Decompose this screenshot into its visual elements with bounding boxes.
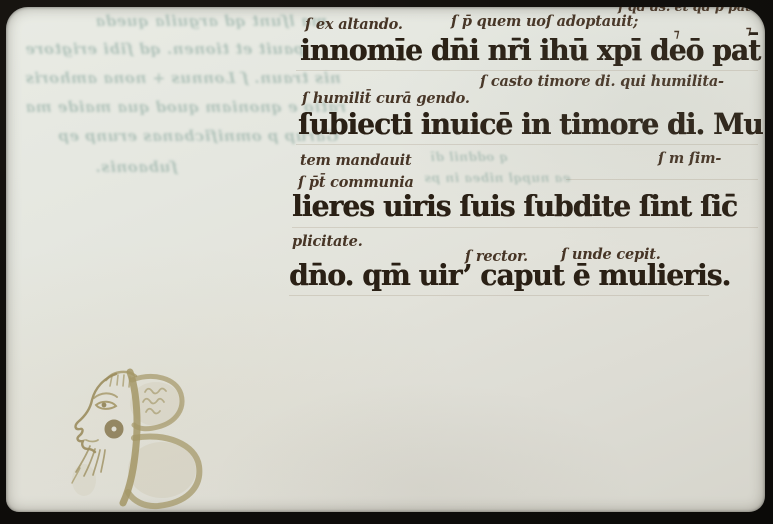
main-text-line-1: innomīe dn̄i nr̄i ihū xpī deō pat̄ (300, 33, 760, 67)
ruling-line (289, 295, 709, 296)
gloss-tem-mandauit: tem mandauit (300, 152, 411, 169)
ruling-line (566, 179, 758, 180)
brow-line (94, 393, 117, 398)
eye-pupil (102, 403, 107, 408)
showthrough-line: ma lſunt qd arguila queda (95, 12, 327, 30)
showthrough-fragment: q oddnil dī (430, 150, 508, 164)
ear-curl (108, 423, 120, 435)
photo-frame: ma lſunt qd arguila queda pauit et tione… (0, 0, 773, 524)
initial-b-profile-face-drawing (50, 360, 215, 512)
gloss-in-sim: ſ m ſim- (658, 150, 721, 167)
showthrough-fragment: ea nupql nibea in ps (424, 171, 570, 185)
showthrough-line: pauit et tionen. qd ſibi erigtore (25, 40, 304, 58)
showthrough-line: nis traun. ſ Lonnus + nona amhoris (25, 69, 341, 87)
ink-smudge (72, 464, 96, 496)
gloss-humilitate: ſ humilit̄ curā gendo. (302, 90, 470, 107)
gloss-casto-timore: ſ casto timore di. qui humilita- (480, 73, 724, 90)
gloss-ex-altando: ſ ex altando. (305, 16, 403, 33)
ruling-line (292, 227, 758, 228)
ruling-line (296, 70, 758, 71)
mustache-line (86, 440, 98, 442)
gloss-plicitate: plicitate. (292, 233, 363, 250)
main-text-line-3: lieres uiris ſuis ſubdite ſint ſic̄ (292, 189, 737, 223)
main-text-line-2: ſubiecti inuicē in timore di. Mu (298, 107, 763, 141)
manuscript-page: ma lſunt qd arguila queda pauit et tione… (6, 7, 765, 512)
showthrough-line: ſubaonis. (95, 158, 177, 176)
main-text-line-4: dn̄o. qm̄ uir’ caput ē mulieris. (289, 258, 730, 292)
gloss-quem-uos: ſ p̄ quem uoſ adoptauit; (451, 13, 638, 30)
showthrough-line: Garup p omnificbanas erunp ep (58, 127, 339, 145)
hair-hatching (110, 375, 130, 387)
ruling-line (296, 144, 758, 145)
